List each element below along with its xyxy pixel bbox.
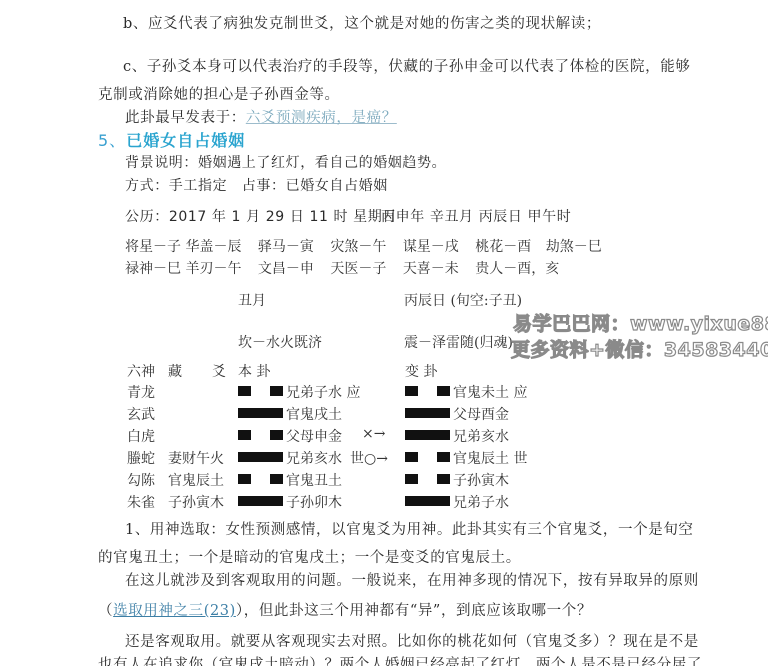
- calendar-line: 公历：2017 年 1 月 29 日 11 时 星期日: [125, 206, 397, 226]
- published-line: 此卦最早发表于：六爻预测疾病，是癌？: [125, 106, 397, 127]
- changed-yao-yin: [405, 452, 450, 462]
- moving-marker: ×→: [362, 426, 385, 442]
- day-label: 丙辰日 (旬空:子丑): [404, 290, 522, 310]
- section-heading: 5、已婚女自占婚姻: [98, 128, 245, 151]
- main-yao-text: 兄弟子水 应: [286, 382, 360, 402]
- header-hidden: 藏: [168, 361, 182, 381]
- hidden-cell: 官鬼辰土: [168, 470, 224, 490]
- main-yao-yang: [238, 496, 283, 506]
- liushen-cell: 螣蛇: [127, 448, 155, 468]
- shensha-item: 华盖－辰: [185, 236, 253, 256]
- watermark-line2: 更多资料+微信：3458344044: [511, 335, 768, 362]
- shensha-item: 羊刃－午: [185, 258, 253, 278]
- item-c-text-line1: c、子孙爻本身可以代表治疗的手段等，伏藏的子孙申金可以代表了体检的医院，能够: [123, 55, 690, 76]
- analysis-p1-line1: 1、用神选取：女性预测感情，以官鬼爻为用神。此卦其实有三个官鬼爻，一个是旬空: [125, 518, 694, 539]
- main-hexagram-name: 坎－水火既济: [238, 332, 322, 352]
- background-text: 背景说明：婚姻遇上了红灯，看自己的婚姻趋势。: [125, 152, 446, 172]
- changed-yao-yang: [405, 430, 450, 440]
- section-number: 5、: [98, 131, 126, 150]
- main-yao-yin: [238, 474, 283, 484]
- shensha-item: 贵人－酉，亥: [475, 258, 559, 278]
- liushen-cell: 勾陈: [127, 470, 155, 490]
- main-yao-text: 父母申金: [286, 426, 342, 446]
- section-title: 已婚女自占婚姻: [126, 131, 245, 150]
- changed-yao-text: 官鬼辰土 世: [453, 448, 527, 468]
- changed-yao-text: 兄弟子水: [453, 492, 509, 512]
- shensha-item: 将星－子: [125, 236, 181, 256]
- shensha-item: 天医－子: [330, 258, 398, 278]
- liushen-cell: 朱雀: [127, 492, 155, 512]
- calendar-value: 2017 年 1 月 29 日 11 时 星期日: [169, 209, 397, 225]
- changed-yao-yin: [405, 474, 450, 484]
- shensha-item: 桃花－酉: [475, 236, 541, 256]
- item-c-text-line2: 克制或消除她的担心是子孙酉金等。: [98, 83, 340, 104]
- analysis-p3-line1: 还是客观取用。就要从客观现实去对照。比如你的桃花如何（官鬼爻多）？现在是不是: [125, 630, 699, 651]
- shensha-line2: 禄神－巳 羊刃－午 文昌－申 天医－子 天喜－未 贵人－酉，亥: [125, 258, 559, 278]
- watermark-line1: 易学巴巴网：www.yixue88.cn: [513, 309, 768, 336]
- main-yao-text: 官鬼戌土: [286, 404, 342, 424]
- published-prefix: 此卦最早发表于：: [125, 110, 246, 126]
- liushen-cell: 青龙: [127, 382, 155, 402]
- header-liushen: 六神: [127, 361, 155, 381]
- changed-yao-yang: [405, 408, 450, 418]
- hidden-cell: 子孙寅木: [168, 492, 224, 512]
- main-yao-text: 官鬼丑土: [286, 470, 342, 490]
- shensha-item: 劫煞－巳: [546, 236, 602, 256]
- shensha-line1: 将星－子 华盖－辰 驿马－寅 灾煞－午 谋星－戌 桃花－酉 劫煞－巳: [125, 236, 602, 256]
- changed-yao-yin: [405, 386, 450, 396]
- main-yao-yin: [238, 430, 283, 440]
- changed-hexagram-name: 震－泽雷随(归魂): [404, 332, 513, 352]
- hidden-cell: 妻财午火: [168, 448, 224, 468]
- ganzhi-text: 丙申年 辛丑月 丙辰日 甲午时: [381, 206, 571, 226]
- changed-yao-text: 父母酉金: [453, 404, 509, 424]
- main-yao-yang: [238, 408, 283, 418]
- item-b-text: b、应爻代表了病独发克制世爻，这个就是对她的伤害之类的现状解读；: [123, 12, 601, 33]
- liushen-cell: 白虎: [127, 426, 155, 446]
- select-yongshen-link[interactable]: 选取用神之三(23): [113, 603, 236, 619]
- shensha-item: 禄神－巳: [125, 258, 181, 278]
- main-yao-text: 子孙卯木: [286, 492, 342, 512]
- shensha-item: 谋星－戌: [403, 236, 471, 256]
- shensha-item: 灾煞－午: [330, 236, 398, 256]
- shensha-item: 驿马－寅: [258, 236, 326, 256]
- liushen-cell: 玄武: [127, 404, 155, 424]
- shensha-item: 文昌－申: [258, 258, 326, 278]
- analysis-p1-line2: 的官鬼丑土；一个是暗动的官鬼戌土；一个是变爻的官鬼辰土。: [98, 546, 521, 567]
- header-yao: 爻: [212, 361, 226, 381]
- published-link[interactable]: 六爻预测疾病，是癌？: [246, 110, 397, 126]
- changed-yao-yang: [405, 496, 450, 506]
- header-changed: 变 卦: [405, 361, 437, 381]
- analysis-p3-line2: 也有人在追求你（官鬼戌土暗动）？两个人婚姻已经亮起了红灯，两个人是不是已经分居了: [98, 653, 702, 666]
- moving-marker: 世○→: [350, 448, 388, 468]
- analysis-p2-line1: 在这儿就涉及到客观取用的问题。一般说来，在用神多现的情况下，按有异取异的原则: [125, 569, 699, 590]
- month-label: 丑月: [238, 290, 266, 310]
- analysis-p2-line2: （选取用神之三(23)），但此卦这三个用神都有“异”，到底应该取哪一个？: [98, 599, 592, 620]
- main-yao-text: 兄弟亥水: [286, 448, 342, 468]
- paren-open: （: [98, 603, 113, 619]
- changed-yao-text: 官鬼未土 应: [453, 382, 527, 402]
- main-yao-yang: [238, 452, 283, 462]
- changed-yao-text: 兄弟亥水: [453, 426, 509, 446]
- changed-yao-text: 子孙寅木: [453, 470, 509, 490]
- analysis-p2-rest: ），但此卦这三个用神都有“异”，到底应该取哪一个？: [236, 603, 592, 619]
- calendar-label: 公历：: [125, 209, 169, 225]
- method-text: 方式：手工指定 占事：已婚女自占婚姻: [125, 175, 388, 195]
- header-main: 本 卦: [238, 361, 270, 381]
- main-yao-yin: [238, 386, 283, 396]
- shensha-item: 天喜－未: [403, 258, 471, 278]
